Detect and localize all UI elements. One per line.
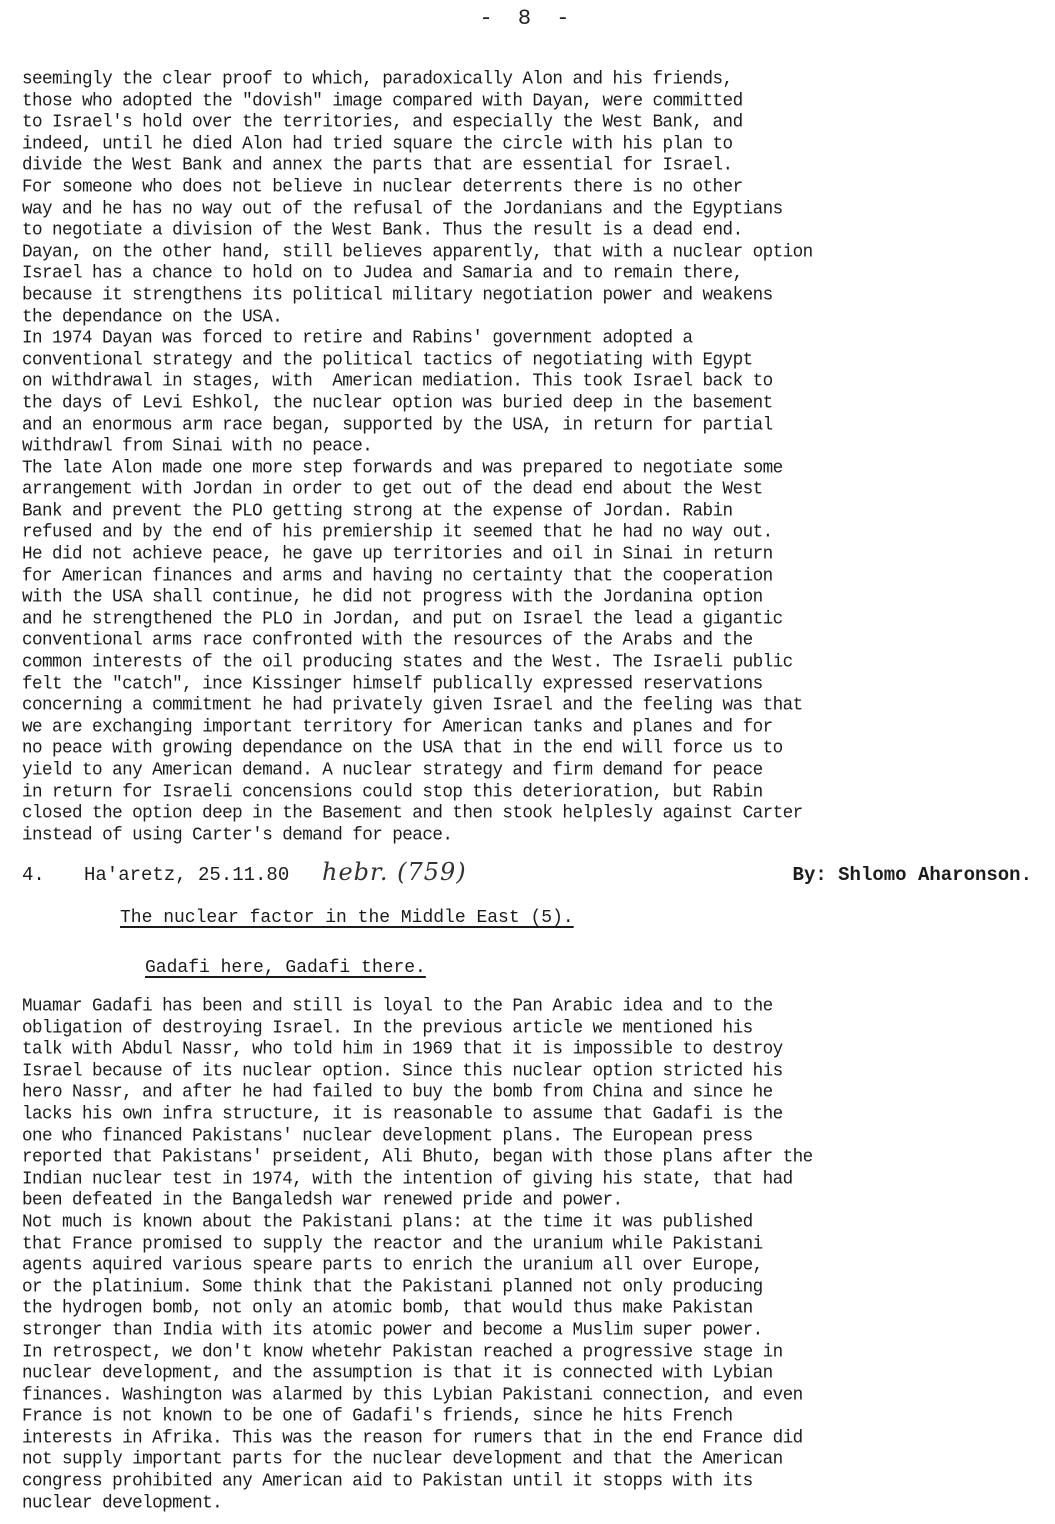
text-line: stronger than India with its atomic powe… bbox=[22, 1320, 813, 1343]
text-line: on withdrawal in stages, with American m… bbox=[22, 371, 813, 394]
text-line: seemingly the clear proof to which, para… bbox=[22, 69, 813, 92]
article-subtitle: Gadafi here, Gadafi there. bbox=[145, 958, 426, 978]
text-line: or the platinium. Some think that the Pa… bbox=[22, 1277, 813, 1300]
text-line: Not much is known about the Pakistani pl… bbox=[22, 1212, 813, 1235]
text-line: Indian nuclear test in 1974, with the in… bbox=[22, 1169, 813, 1192]
text-line: Dayan, on the other hand, still believes… bbox=[22, 242, 813, 265]
text-line: been defeated in the Bangaledsh war rene… bbox=[22, 1190, 813, 1213]
text-line: In retrospect, we don't know whetehr Pak… bbox=[22, 1342, 813, 1365]
text-line: the days of Levi Eshkol, the nuclear opt… bbox=[22, 393, 813, 416]
text-line: way and he has no way out of the refusal… bbox=[22, 199, 813, 222]
text-line: Israel has a chance to hold on to Judea … bbox=[22, 263, 813, 286]
text-line: obligation of destroying Israel. In the … bbox=[22, 1018, 813, 1041]
text-line: arrangement with Jordan in order to get … bbox=[22, 479, 813, 502]
reference-source: Ha'aretz, 25.11.80 bbox=[84, 864, 289, 886]
text-line: France is not known to be one of Gadafi'… bbox=[22, 1406, 813, 1429]
text-line: For someone who does not believe in nucl… bbox=[22, 177, 813, 200]
text-line: talk with Abdul Nassr, who told him in 1… bbox=[22, 1039, 813, 1062]
text-line: reported that Pakistans' prseident, Ali … bbox=[22, 1147, 813, 1170]
text-line: those who adopted the "dovish" image com… bbox=[22, 91, 813, 114]
text-line: yield to any American demand. A nuclear … bbox=[22, 760, 813, 783]
text-line: we are exchanging important territory fo… bbox=[22, 717, 813, 740]
text-line: to Israel's hold over the territories, a… bbox=[22, 112, 813, 135]
text-line: closed the option deep in the Basement a… bbox=[22, 803, 813, 826]
text-line: to negotiate a division of the West Bank… bbox=[22, 220, 813, 243]
article-body-block: Muamar Gadafi has been and still is loya… bbox=[22, 996, 813, 1514]
text-line: Bank and prevent the PLO getting strong … bbox=[22, 501, 813, 524]
text-line: conventional arms race confronted with t… bbox=[22, 630, 813, 653]
reference-line: 4. Ha'aretz, 25.11.80 hebr. (759) By: Sh… bbox=[22, 862, 1032, 892]
text-line: instead of using Carter's demand for pea… bbox=[22, 825, 813, 848]
handwritten-note: hebr. (759) bbox=[322, 858, 467, 886]
text-line: congress prohibited any American aid to … bbox=[22, 1471, 813, 1494]
text-line: because it strengthens its political mil… bbox=[22, 285, 813, 308]
page-number: - 8 - bbox=[0, 6, 1055, 31]
text-line: Israel because of its nuclear option. Si… bbox=[22, 1061, 813, 1084]
text-line: In 1974 Dayan was forced to retire and R… bbox=[22, 328, 813, 351]
text-line: with the USA shall continue, he did not … bbox=[22, 587, 813, 610]
text-line: one who financed Pakistans' nuclear deve… bbox=[22, 1126, 813, 1149]
text-line: Muamar Gadafi has been and still is loya… bbox=[22, 996, 813, 1019]
text-line: The late Alon made one more step forward… bbox=[22, 458, 813, 481]
text-line: common interests of the oil producing st… bbox=[22, 652, 813, 675]
text-line: refused and by the end of his premiershi… bbox=[22, 522, 813, 545]
text-line: lacks his own infra structure, it is rea… bbox=[22, 1104, 813, 1127]
reference-number: 4. bbox=[22, 864, 45, 886]
text-line: for American finances and arms and havin… bbox=[22, 566, 813, 589]
text-line: finances. Washington was alarmed by this… bbox=[22, 1385, 813, 1408]
text-line: interests in Afrika. This was the reason… bbox=[22, 1428, 813, 1451]
text-line: in return for Israeli concensions could … bbox=[22, 782, 813, 805]
text-line: nuclear development. bbox=[22, 1493, 813, 1516]
text-line: hero Nassr, and after he had failed to b… bbox=[22, 1082, 813, 1105]
text-line: nuclear development, and the assumption … bbox=[22, 1363, 813, 1386]
text-line: no peace with growing dependance on the … bbox=[22, 738, 813, 761]
reference-author: By: Shlomo Aharonson. bbox=[793, 864, 1032, 886]
text-line: the hydrogen bomb, not only an atomic bo… bbox=[22, 1298, 813, 1321]
text-line: withdrawl from Sinai with no peace. bbox=[22, 436, 813, 459]
text-line: concerning a commitment he had privately… bbox=[22, 695, 813, 718]
article-title: The nuclear factor in the Middle East (5… bbox=[120, 908, 574, 928]
text-line: that France promised to supply the react… bbox=[22, 1234, 813, 1257]
text-line: divide the West Bank and annex the parts… bbox=[22, 155, 813, 178]
text-line: not supply important parts for the nucle… bbox=[22, 1449, 813, 1472]
continued-text-block: seemingly the clear proof to which, para… bbox=[22, 69, 813, 846]
text-line: conventional strategy and the political … bbox=[22, 350, 813, 373]
text-line: the dependance on the USA. bbox=[22, 307, 813, 330]
text-line: and he strengthened the PLO in Jordan, a… bbox=[22, 609, 813, 632]
text-line: indeed, until he died Alon had tried squ… bbox=[22, 134, 813, 157]
text-line: felt the "catch", ince Kissinger himself… bbox=[22, 674, 813, 697]
text-line: He did not achieve peace, he gave up ter… bbox=[22, 544, 813, 567]
text-line: and an enormous arm race began, supporte… bbox=[22, 415, 813, 438]
text-line: agents aquired various speare parts to e… bbox=[22, 1255, 813, 1278]
